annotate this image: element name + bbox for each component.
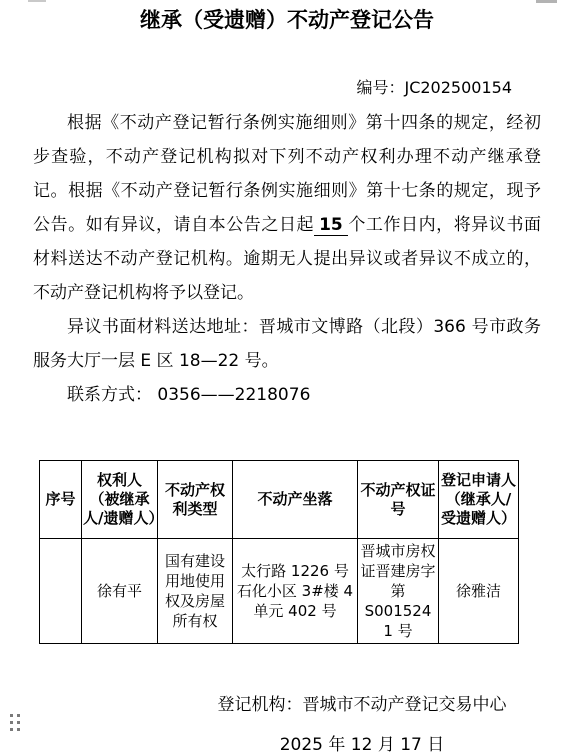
col-header-cert-number: 不动产权证号 <box>358 461 439 539</box>
registration-table: 序号 权利人（被继承人/遗赠人） 不动产权利类型 不动产坐落 不动产权证号 登记… <box>39 460 519 644</box>
drag-handle-icon[interactable] <box>10 714 20 731</box>
col-header-applicant: 登记申请人（继承人/受遗赠人） <box>439 461 519 539</box>
document-body: 根据《不动产登记暂行条例实施细则》第十四条的规定，经初步查验，不动产登记机构拟对… <box>33 106 541 412</box>
signature-block: 登记机构：晋城市不动产登记交易中心 2025 年 12 月 17 日 <box>150 694 574 754</box>
cell-cert-number: 晋城市房权证晋建房字第 S0015241 号 <box>358 539 439 644</box>
document-page: 继承（受遗赠）不动产登记公告 编号：JC202500154 根据《不动产登记暂行… <box>0 0 574 754</box>
paragraph-contact: 联系方式： 0356——2218076 <box>33 378 541 412</box>
col-header-rights-holder: 权利人（被继承人/遗赠人） <box>82 461 158 539</box>
cell-seq <box>40 539 82 644</box>
col-header-location: 不动产坐落 <box>233 461 358 539</box>
page-title: 继承（受遗赠）不动产登记公告 <box>0 0 574 32</box>
col-header-right-type: 不动产权利类型 <box>158 461 233 539</box>
col-header-seq: 序号 <box>40 461 82 539</box>
document-date: 2025 年 12 月 17 日 <box>150 734 574 754</box>
registration-authority: 登记机构：晋城市不动产登记交易中心 <box>150 694 574 716</box>
objection-days-value: 15 <box>314 215 348 236</box>
table-row: 徐有平 国有建设用地使用权及房屋所有权 太行路 1226 号石化小区 3#楼 4… <box>40 539 519 644</box>
cell-location: 太行路 1226 号石化小区 3#楼 4 单元 402 号 <box>233 539 358 644</box>
paragraph-notice: 根据《不动产登记暂行条例实施细则》第十四条的规定，经初步查验，不动产登记机构拟对… <box>33 106 541 310</box>
cell-applicant: 徐雅洁 <box>439 539 519 644</box>
cell-rights-holder: 徐有平 <box>82 539 158 644</box>
doc-number: 编号：JC202500154 <box>0 78 574 98</box>
window-edge-artifact-right <box>536 0 557 3</box>
paragraph-address: 异议书面材料送达地址：晋城市文博路（北段）366 号市政务服务大厅一层 E 区 … <box>33 310 541 378</box>
table-header-row: 序号 权利人（被继承人/遗赠人） 不动产权利类型 不动产坐落 不动产权证号 登记… <box>40 461 519 539</box>
cell-right-type: 国有建设用地使用权及房屋所有权 <box>158 539 233 644</box>
window-edge-artifact-left <box>28 0 46 2</box>
